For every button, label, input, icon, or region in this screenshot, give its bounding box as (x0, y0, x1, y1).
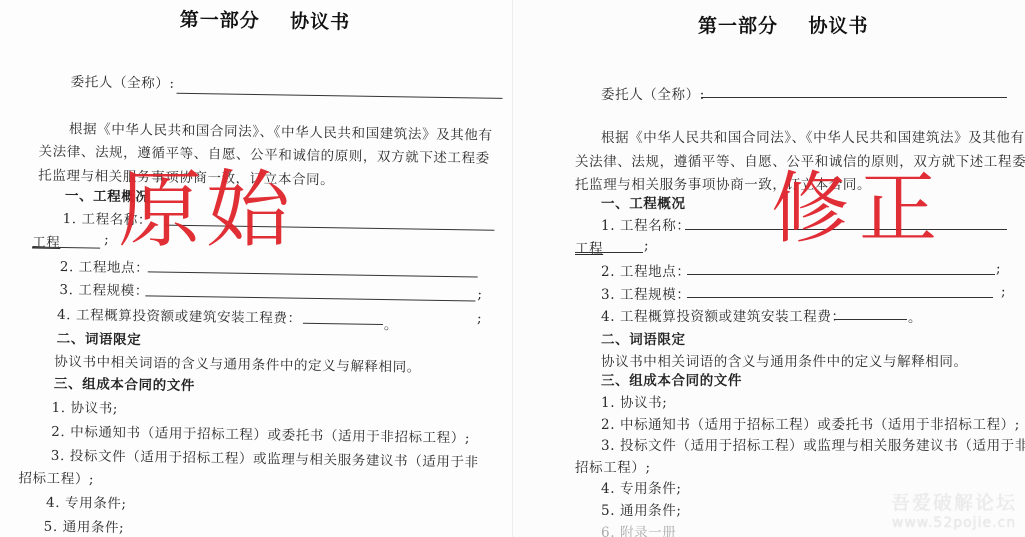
section2-heading: 二、词语限定 (57, 327, 142, 348)
section2-heading: 二、词语限定 (601, 328, 686, 348)
semicolon: ; (644, 238, 649, 254)
section3-item-4: 4. 专用条件; (46, 491, 127, 512)
document-title: 第一部分 协议书 (180, 5, 351, 35)
section3-item-3: 3. 投标文件（适用于招标工程）或监理与相关服务建议书（适用于非 (51, 444, 479, 471)
section3-item-6: 6. 附录一册 (601, 521, 676, 537)
section3-item-1: 1. 协议书; (51, 396, 118, 417)
section3-heading: 三、组成本合同的文件 (54, 372, 195, 394)
section3-item-2: 2. 中标通知书（适用于招标工程）或委托书（适用于非招标工程）; (601, 413, 1020, 433)
semicolon: ; (996, 261, 1001, 277)
project-name-underline-2 (575, 252, 643, 253)
section1-item-1: 1. 工程名称： (601, 214, 690, 234)
section3-item-3: 3. 投标文件（适用于招标工程）或监理与相关服务建议书（适用于非 (601, 434, 1025, 454)
section3-item-5: 5. 通用条件; (601, 499, 682, 519)
section2-text: 协议书中相关词语的含义与通用条件中的定义与解释相同。 (601, 350, 968, 370)
section3-item-5: 5. 通用条件; (44, 515, 125, 536)
semicolon: ; (477, 287, 482, 303)
forum-watermark: 吾爱破解论坛 www.52pojie.cn (891, 488, 1017, 531)
corrected-document-panel: 第一部分 协议书 委托人（全称）: 根据《中华人民共和国合同法》、《中华人民共和… (513, 0, 1025, 537)
preamble-line-1: 根据《中华人民共和国合同法》、《中华人民共和国建筑法》及其他有 (69, 117, 493, 144)
section1-item-3: 3. 工程规模： (601, 283, 690, 303)
client-underline (701, 97, 1007, 98)
client-label: 委托人（全称）: (601, 83, 705, 103)
section1-heading: 一、工程概况 (601, 192, 686, 212)
section1-item-3: 3. 工程规模： (59, 278, 149, 299)
scale-underline (145, 295, 475, 301)
corrected-label-stamp: 修正 (771, 170, 947, 248)
section3-item-3-cont: 招标工程）; (575, 456, 651, 476)
section1-item-4: 4. 工程概算投资额或建筑安装工程费： (57, 303, 302, 327)
watermark-title: 吾爱破解论坛 (891, 488, 1017, 515)
semicolon: ; (104, 232, 109, 248)
investment-underline (303, 323, 383, 325)
section3-item-3-cont: 招标工程）; (18, 466, 94, 487)
period: 。 (384, 313, 398, 333)
watermark-url: www.52pojie.cn (891, 515, 1017, 531)
location-underline (148, 271, 478, 277)
preamble-line-1: 根据《中华人民共和国合同法》、《中华人民共和国建筑法》及其他有 (601, 126, 1025, 146)
client-label: 委托人（全称）: (71, 70, 175, 92)
semicolon: ; (477, 311, 482, 327)
original-document-panel: 第一部分 协议书 委托人（全称）: 根据《中华人民共和国合同法》、《中华人民共和… (0, 0, 512, 537)
location-underline (687, 274, 995, 275)
section1-item-4: 4. 工程概算投资额或建筑安装工程费： (601, 305, 846, 325)
section1-item-2: 2. 工程地点： (601, 260, 690, 280)
section1-item-1-cont: 工程 (575, 237, 603, 257)
period: 。 (908, 306, 922, 326)
scale-underline (687, 297, 993, 298)
original-label-stamp: 原始 (118, 168, 294, 252)
client-underline (177, 93, 503, 99)
document-title: 第一部分 协议书 (698, 11, 868, 38)
original-document-content: 第一部分 协议书 委托人（全称）: 根据《中华人民共和国合同法》、《中华人民共和… (0, 0, 512, 537)
semicolon: ; (1001, 284, 1006, 300)
section3-heading: 三、组成本合同的文件 (601, 369, 742, 389)
section3-item-4: 4. 专用条件; (601, 477, 682, 497)
investment-underline (835, 319, 907, 320)
section3-item-1: 1. 协议书; (601, 391, 667, 411)
section3-item-2: 2. 中标通知书（适用于招标工程）或委托书（适用于非招标工程）; (51, 420, 470, 447)
